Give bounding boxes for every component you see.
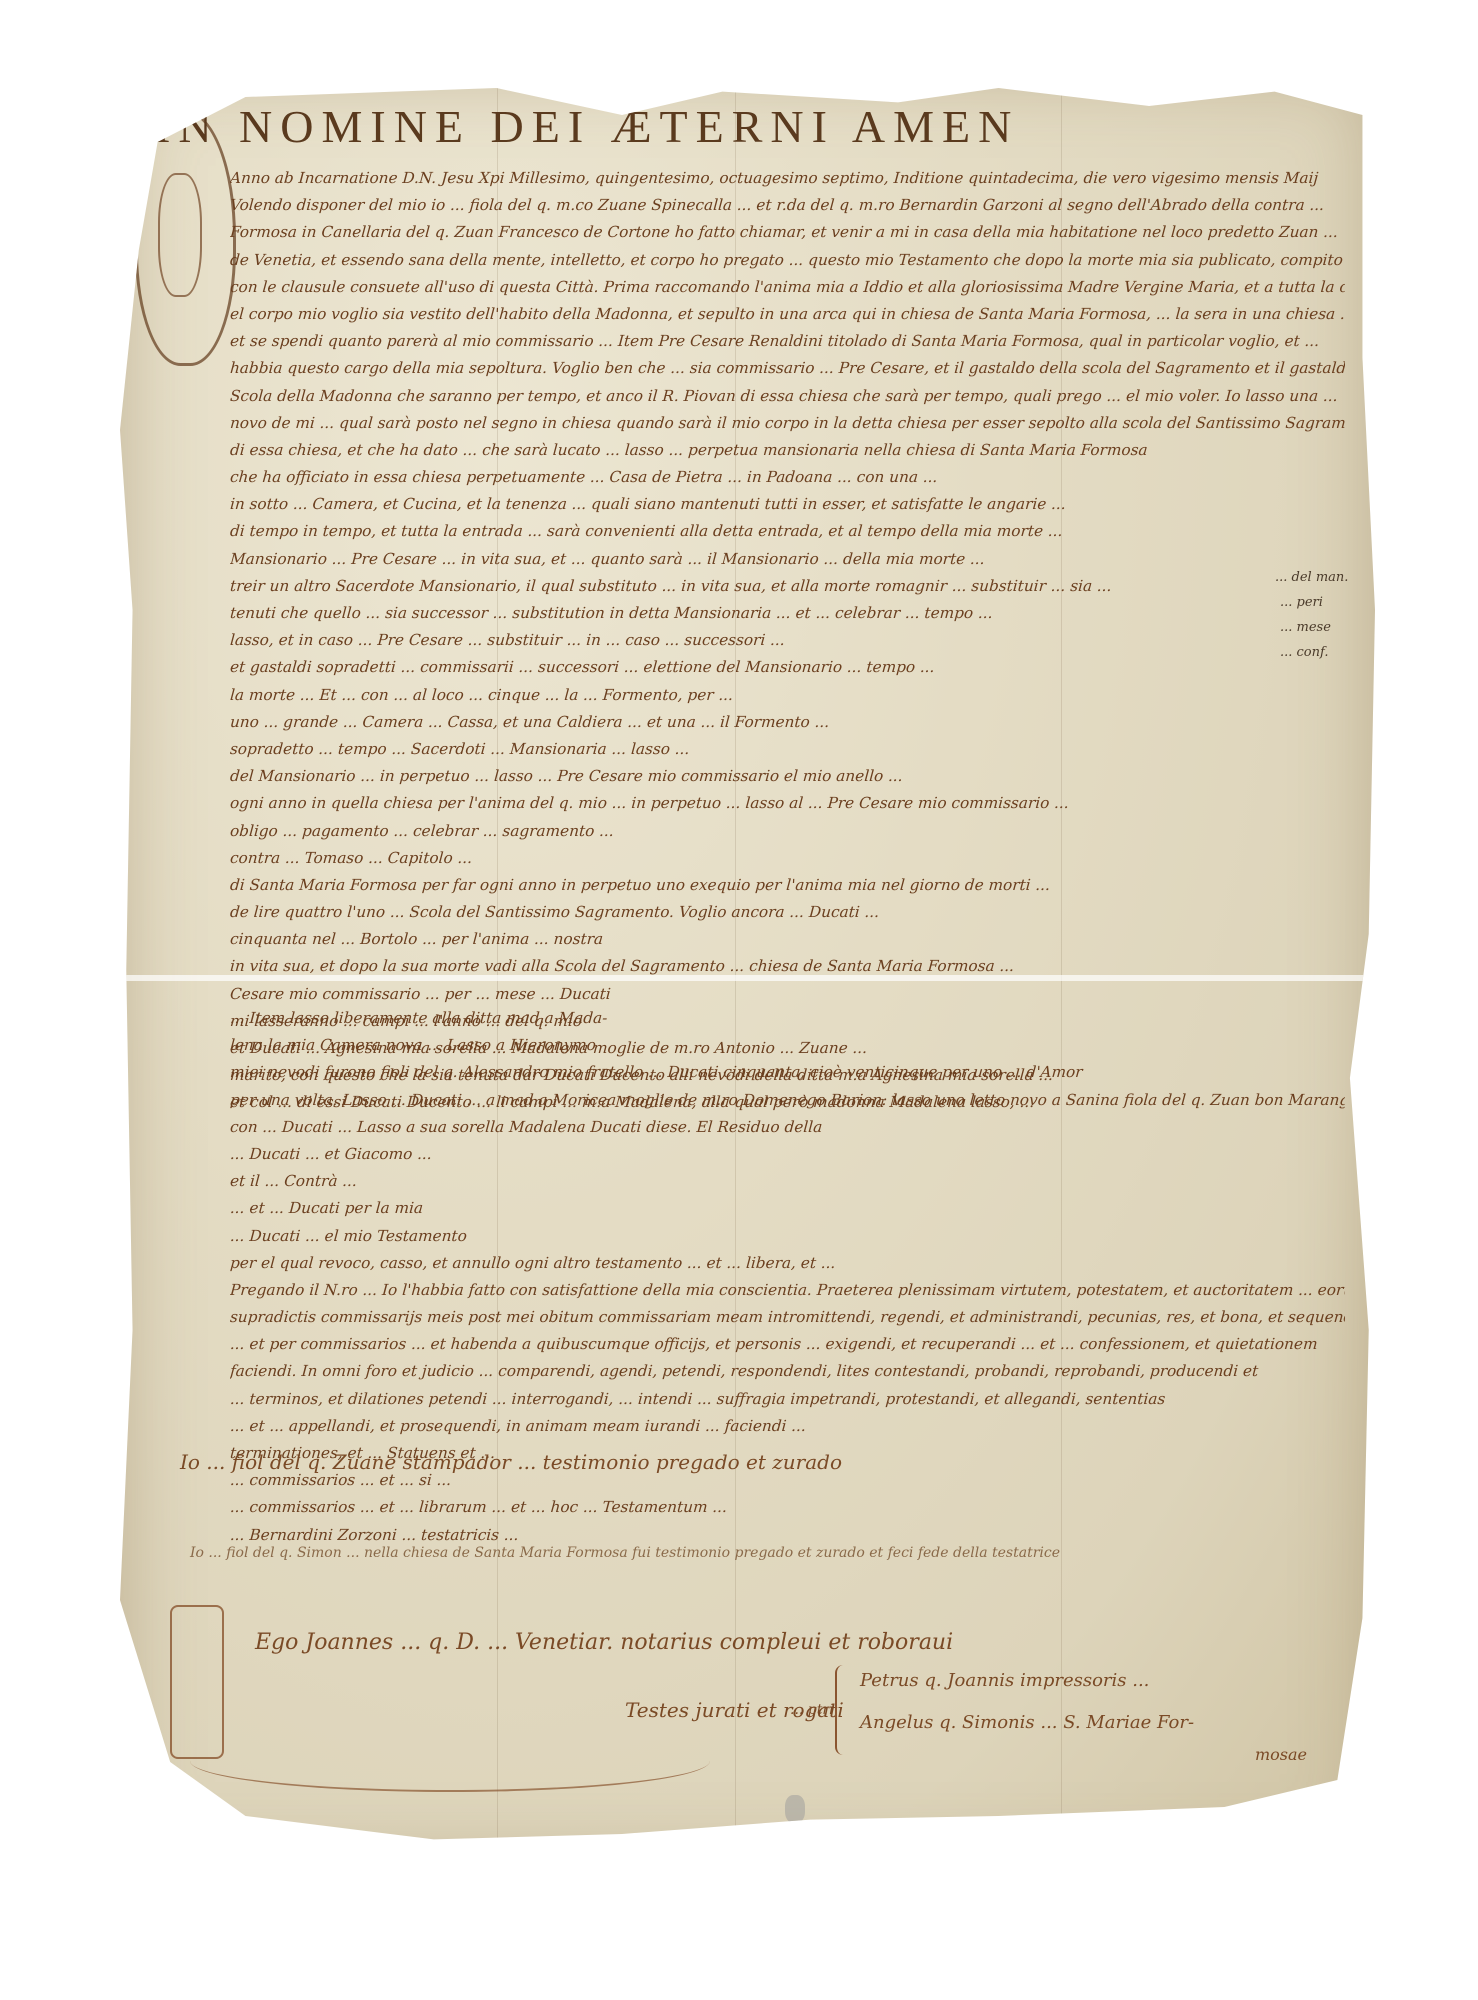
text-line: la morte ... Et ... con ... al loco ... … (230, 682, 1345, 709)
text-line: del Mansionario ... in perpetuo ... lass… (230, 763, 1345, 790)
testament-body-upper: Anno ab Incarnatione D.N. Jesu Xpi Mille… (230, 165, 1345, 1117)
witness-angelus: Angelus q. Simonis ... S. Mariae For- (860, 1712, 1194, 1733)
text-line: de lire quattro l'uno ... Scola del Sant… (230, 899, 1345, 926)
parchment-sheet: IN NOMINE DEI ÆTERNI AMEN Anno ab Incarn… (120, 70, 1375, 1870)
text-line: ... et ... Ducati per la mia (230, 1195, 1345, 1222)
text-line: ogni anno in quella chiesa per l'anima d… (230, 790, 1345, 817)
ink-stain (785, 1795, 805, 1823)
text-line: et se spendi quanto parerà al mio commis… (230, 328, 1345, 355)
document-heading: IN NOMINE DEI ÆTERNI AMEN (155, 100, 1355, 153)
text-line: per una volta. Lasso ... Ducati ... a ma… (230, 1087, 1345, 1114)
text-line: Volendo disponer del mio io ... fiola de… (230, 192, 1345, 219)
text-line: de Venetia, et essendo sana della mente,… (230, 247, 1345, 274)
notary-subscription: Ego Joannes ... q. D. ... Venetiar. nota… (255, 1630, 953, 1655)
text-line: in sotto ... Camera, et Cucina, et la te… (230, 491, 1345, 518)
witness-petrus: Petrus q. Joannis impressoris ... (860, 1670, 1149, 1691)
text-line: habbia questo cargo della mia sepoltura.… (230, 355, 1345, 382)
text-line: Pregando il N.ro ... Io l'habbia fatto c… (230, 1277, 1345, 1304)
text-line: cinquanta nel ... Bortolo ... per l'anim… (230, 926, 1345, 953)
testes-abbrev: ... ptri (790, 1702, 834, 1718)
text-line: ... Item lasso liberamente alla ditta ma… (230, 1005, 1345, 1032)
margin-note: ... mese (1280, 620, 1331, 635)
text-line: obligo ... pagamento ... celebrar ... sa… (230, 818, 1345, 845)
text-line: con le clausule consuete all'uso di ques… (230, 274, 1345, 301)
text-line: uno ... grande ... Camera ... Cassa, et … (230, 709, 1345, 736)
text-line: ... et per commissarios ... et habenda a… (230, 1331, 1345, 1358)
text-line: Anno ab Incarnatione D.N. Jesu Xpi Mille… (230, 165, 1345, 192)
text-line: Scola della Madonna che saranno per temp… (230, 383, 1345, 410)
text-line: ... et ... appellandi, et prosequendi, i… (230, 1413, 1345, 1440)
witness-signature-2: Io ... fiol del q. Simon ... nella chies… (190, 1545, 1060, 1561)
text-line: ... Ducati ... el mio Testamento (230, 1223, 1345, 1250)
text-line: ... Ducati ... et Giacomo ... (230, 1141, 1345, 1168)
text-line: con ... Ducati ... Lasso a sua sorella M… (230, 1114, 1345, 1141)
text-line: di Santa Maria Formosa per far ogni anno… (230, 872, 1345, 899)
text-line: di tempo in tempo, et tutta la entrada .… (230, 518, 1345, 545)
text-line: in vita sua, et dopo la sua morte vadi a… (230, 953, 1345, 980)
text-line: lasso, et in caso ... Pre Cesare ... sub… (230, 627, 1345, 654)
text-line: lena la mia Camera nova ... Lasso a Hier… (230, 1032, 1345, 1059)
notary-flourish (190, 1730, 710, 1792)
margin-note: ... peri (1280, 595, 1323, 610)
text-line: et il ... Contrà ... (230, 1168, 1345, 1195)
text-line: et gastaldi sopradetti ... commissarii .… (230, 654, 1345, 681)
witness-angelus-cont: mosae (1255, 1745, 1307, 1764)
text-line: per el qual revoco, casso, et annullo og… (230, 1250, 1345, 1277)
text-line: treir un altro Sacerdote Mansionario, il… (230, 573, 1345, 600)
text-line: supradictis commissarijs meis post mei o… (230, 1304, 1345, 1331)
text-line: che ha officiato in essa chiesa perpetua… (230, 464, 1345, 491)
text-line: ... terminos, et dilationes petendi ... … (230, 1386, 1345, 1413)
text-line: novo de mi ... qual sarà posto nel segno… (230, 410, 1345, 437)
witness-signature-1: Io ... fiol del q. Zuane stampador ... t… (180, 1450, 842, 1474)
text-line: sopradetto ... tempo ... Sacerdoti ... M… (230, 736, 1345, 763)
witness-brace (835, 1665, 851, 1755)
text-line: Mansionario ... Pre Cesare ... in vita s… (230, 546, 1345, 573)
text-line: el corpo mio voglio sia vestito dell'hab… (230, 301, 1345, 328)
margin-note: ... del man. (1275, 570, 1348, 585)
text-line: contra ... Tomaso ... Capitolo ... (230, 845, 1345, 872)
margin-note: ... conf. (1280, 645, 1329, 660)
text-line: faciendi. In omni foro et judicio ... co… (230, 1358, 1345, 1385)
text-line: miei nevodi furono fioli del q. Alessand… (230, 1059, 1345, 1086)
text-line: Cesare mio commissario ... per ... mese … (230, 981, 1345, 1008)
text-line: ... commissarios ... et ... librarum ...… (230, 1494, 1345, 1521)
text-line: Formosa in Canellaria del q. Zuan France… (230, 219, 1345, 246)
text-line: tenuti che quello ... sia successor ... … (230, 600, 1345, 627)
text-line: di essa chiesa, et che ha dato ... che s… (230, 437, 1345, 464)
